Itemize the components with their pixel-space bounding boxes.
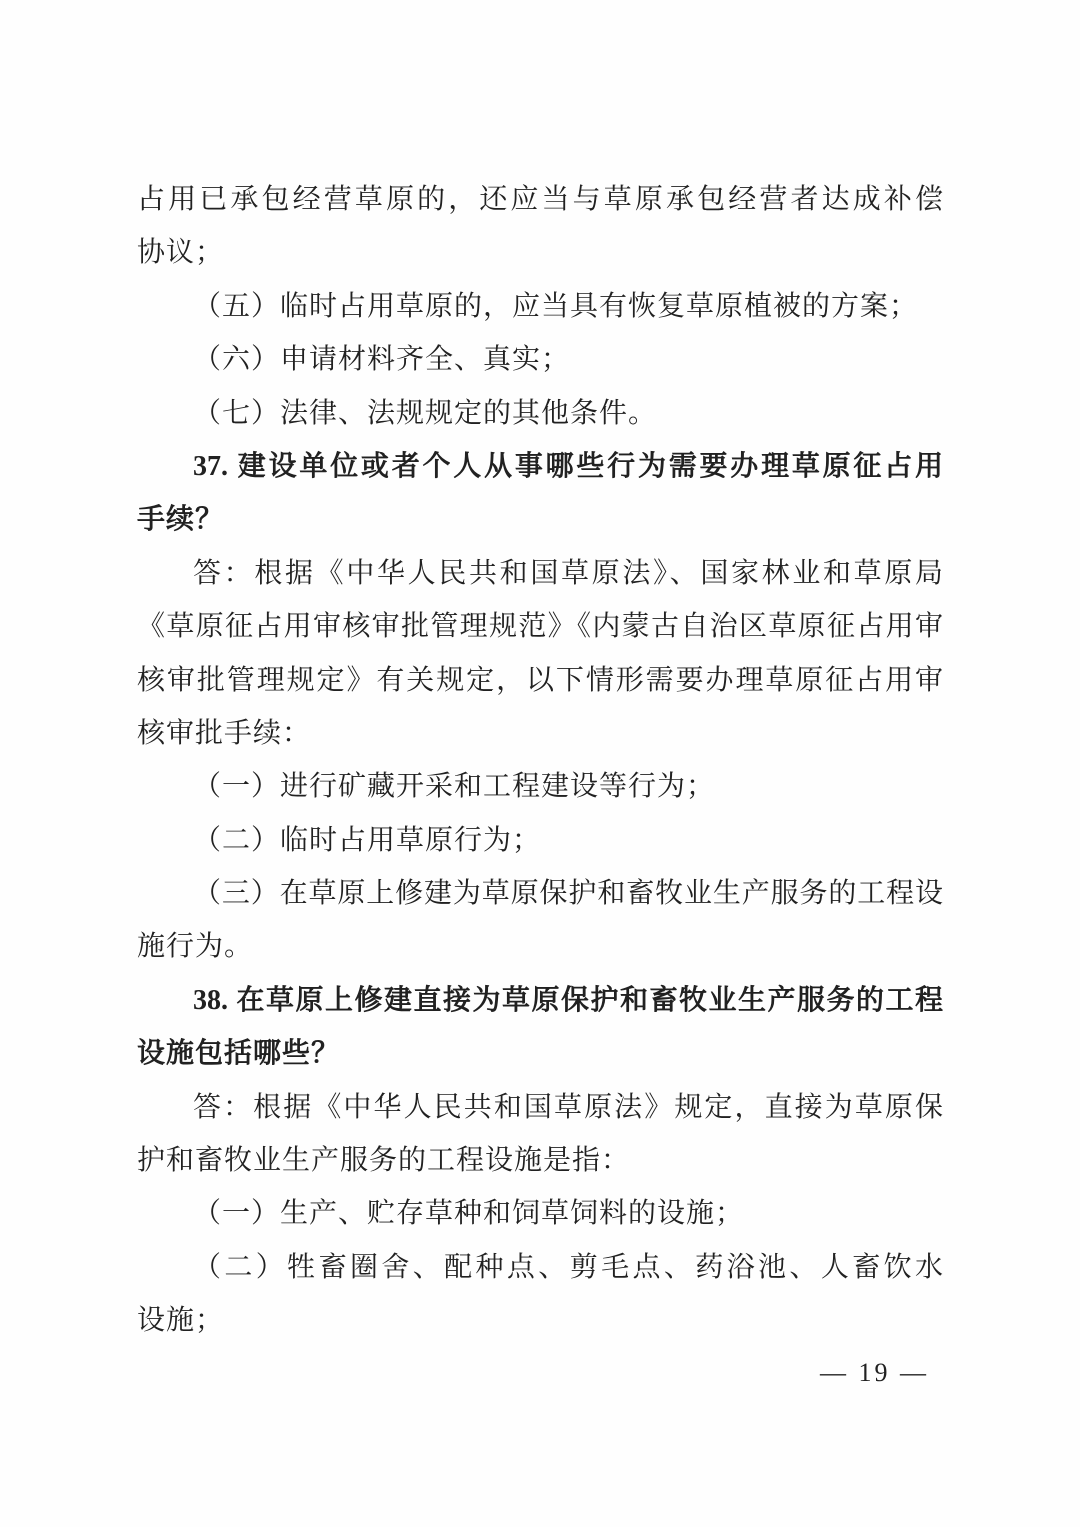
- answer-38-line-1: 答：根据《中华人民共和国草原法》规定，直接为草原保: [137, 1081, 943, 1134]
- answer-38-item-2-line-2: 设施；: [137, 1294, 943, 1347]
- answer-37-line-4: 核审批手续：: [137, 707, 943, 760]
- condition-item-5: （五）临时占用草原的，应当具有恢复草原植被的方案；: [137, 280, 943, 333]
- answer-37-item-1: （一）进行矿藏开采和工程建设等行为；: [137, 760, 943, 813]
- page-number: — 19 —: [137, 1358, 929, 1388]
- document-text-block: 占用已承包经营草原的，还应当与草原承包经营者达成补偿 协议； （五）临时占用草原…: [137, 173, 943, 1348]
- answer-38-item-2-line-1: （二）牲畜圈舍、配种点、剪毛点、药浴池、人畜饮水: [137, 1241, 943, 1294]
- question-37-line-2: 手续？: [137, 493, 943, 546]
- para-continuation-line-2: 协议；: [137, 226, 943, 279]
- answer-37-line-2: 《草原征占用审核审批管理规范》《内蒙古自治区草原征占用审: [137, 600, 943, 653]
- answer-37-line-3: 核审批管理规定》有关规定，以下情形需要办理草原征占用审: [137, 654, 943, 707]
- answer-37-item-3-line-1: （三）在草原上修建为草原保护和畜牧业生产服务的工程设: [137, 867, 943, 920]
- answer-37-item-2: （二）临时占用草原行为；: [137, 814, 943, 867]
- answer-37-line-1: 答：根据《中华人民共和国草原法》、国家林业和草原局: [137, 547, 943, 600]
- question-37-line-1: 37. 建设单位或者个人从事哪些行为需要办理草原征占用: [137, 440, 943, 493]
- answer-38-item-1: （一）生产、贮存草种和饲草饲料的设施；: [137, 1187, 943, 1240]
- condition-item-6: （六）申请材料齐全、真实；: [137, 333, 943, 386]
- question-38-line-1: 38. 在草原上修建直接为草原保护和畜牧业生产服务的工程: [137, 974, 943, 1027]
- condition-item-7: （七）法律、法规规定的其他条件。: [137, 387, 943, 440]
- answer-38-line-2: 护和畜牧业生产服务的工程设施是指：: [137, 1134, 943, 1187]
- answer-37-item-3-line-2: 施行为。: [137, 920, 943, 973]
- document-page: 占用已承包经营草原的，还应当与草原承包经营者达成补偿 协议； （五）临时占用草原…: [0, 0, 1080, 1527]
- para-continuation-line-1: 占用已承包经营草原的，还应当与草原承包经营者达成补偿: [137, 173, 943, 226]
- question-38-line-2: 设施包括哪些？: [137, 1027, 943, 1080]
